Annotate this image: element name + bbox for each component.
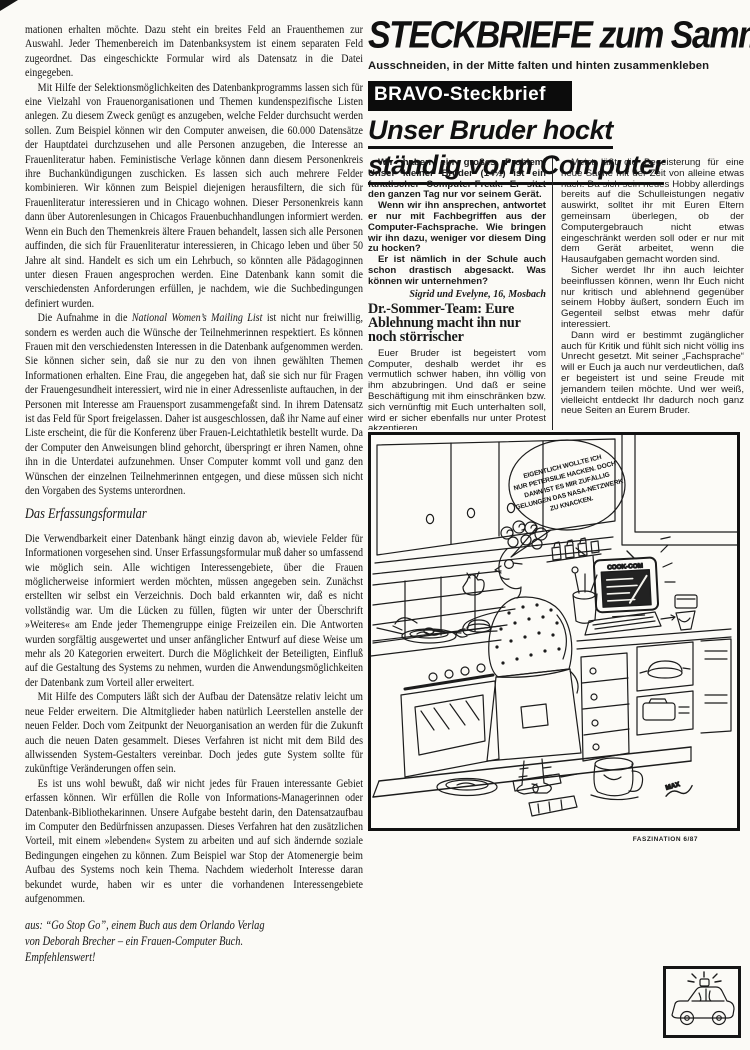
artist-signature: MAX: [665, 781, 681, 792]
article-paragraph: Mit Hilfe der Selektionsmöglichkeiten de…: [25, 80, 363, 311]
reader-letter: Wir haben ein großes Problem. Unser klei…: [368, 158, 546, 288]
source-credit: aus: “Go Stop Go”, einem Buch aus dem Or…: [25, 918, 363, 965]
cartoon-caption: FASZINATION 6/87: [368, 836, 698, 843]
answer-paragraph: Euer Bruder ist begeistert vom Computer,…: [368, 349, 546, 430]
article-paragraph: Es ist uns wohl bewußt, daß wir nicht je…: [25, 776, 363, 906]
section-heading: Das Erfassungsformular: [25, 507, 363, 521]
speech-bubble: EIGENTLICH WOLLTE ICH NUR PETERSILIE HAC…: [508, 440, 627, 557]
letter-paragraph: Er ist nämlich in der Schule auch schon …: [368, 255, 546, 287]
police-car-stamp: [663, 966, 741, 1038]
wall-corner-drawing: [622, 435, 737, 558]
feature-masthead-subline: Ausschneiden, in der Mitte falten und hi…: [368, 60, 744, 72]
article-paragraph: Die Aufnahme in die National Women’s Mai…: [25, 310, 363, 497]
computer-drawing: COOK-COM: [576, 545, 697, 635]
police-car-icon: [666, 969, 738, 1035]
woman-drawing: [424, 521, 581, 794]
cartoon-panel: EIGENTLICH WOLLTE ICH NUR PETERSILIE HAC…: [368, 432, 740, 831]
article-paragraph: Die Verwendbarkeit einer Datenbank hängt…: [25, 531, 363, 689]
answer-heading: Dr.-Sommer-Team: Eure Ablehnung macht ih…: [368, 303, 546, 344]
italic-book-title: National Women’s Mailing List: [132, 310, 263, 324]
letter-paragraph: Wir haben ein großes Problem. Unser klei…: [368, 158, 546, 201]
sideboard-drawing: [577, 629, 731, 761]
answer-paragraph: Sicher werdet Ihr ihn auch leichter beei…: [561, 266, 744, 331]
feature-columns: Wir haben ein großes Problem. Unser klei…: [368, 158, 744, 430]
answer-paragraph: Meist läßt die Begeisterung für eine neu…: [561, 158, 744, 266]
answer-paragraph: Dann wird er bestimmt zugänglicher auch …: [561, 331, 744, 417]
feature-masthead: STECKBRIEFE zum Sammeln!: [368, 14, 744, 58]
kicker-badge: BRAVO-Steckbrief: [368, 81, 572, 111]
feature-column-right: Meist läßt die Begeisterung für eine neu…: [552, 158, 744, 430]
letter-paragraph: Wenn wir ihn ansprechen, antwortet er nu…: [368, 201, 546, 255]
stove-drawing: [371, 618, 501, 777]
letter-signature: Sigrid und Evelyne, 16, Mosbach: [368, 290, 546, 301]
article-paragraph: mationen erhalten möchte. Dazu steht ein…: [25, 22, 363, 80]
article-paragraph: Mit Hilfe des Computers läßt sich der Au…: [25, 689, 363, 775]
kitchen-cartoon-illustration: EIGENTLICH WOLLTE ICH NUR PETERSILIE HAC…: [371, 435, 737, 828]
feature-column-left: Wir haben ein großes Problem. Unser klei…: [368, 158, 552, 430]
scan-artifact: [0, 0, 18, 11]
scanned-magazine-page: mationen erhalten möchte. Dazu steht ein…: [0, 0, 750, 1050]
headline-line-1: Unser Bruder hockt: [368, 114, 613, 149]
article-left-column: mationen erhalten möchte. Dazu steht ein…: [25, 22, 363, 966]
